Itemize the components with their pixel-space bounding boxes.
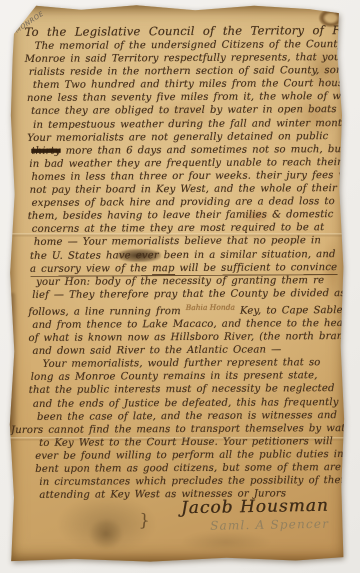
signature-block: Jacob Housman Saml. A Spencer: [181, 496, 330, 534]
paper-stain: [181, 531, 271, 553]
paper-stain: [89, 519, 123, 549]
manuscript-lines: The memorial of the undersigned Citizens…: [25, 38, 340, 502]
manuscript-line: the U. States have ever been in a simila…: [30, 248, 338, 263]
manuscript-body: To the Legislative Council of the Territ…: [25, 23, 340, 502]
document-paper-wrap: MONROE To the Legislative Council of the…: [5, 3, 351, 565]
manuscript-line: that the public interests must of necess…: [29, 382, 339, 397]
scan-background: MONROE To the Legislative Council of the…: [0, 0, 360, 573]
manuscript-line: in circumstances which precludes the pos…: [39, 474, 339, 489]
manuscript-line: tance they are obliged to travel by wate…: [31, 104, 337, 119]
ink-mark: }: [138, 511, 150, 532]
signature-spencer: Saml. A Spencer: [181, 517, 329, 534]
manuscript-line: of what is known now as Hillsboro River,…: [28, 330, 338, 345]
manuscript-line: follows, a line running from Bahia Honda…: [28, 300, 338, 319]
document-paper: MONROE To the Legislative Council of the…: [5, 3, 351, 565]
signature-housman: Jacob Housman: [181, 496, 329, 519]
manuscript-line: and the ends of Justice be defeated, thi…: [33, 396, 339, 411]
torn-edge-shadow: [6, 293, 18, 433]
manuscript-line: home — Your memorialists believe that no…: [34, 234, 338, 249]
